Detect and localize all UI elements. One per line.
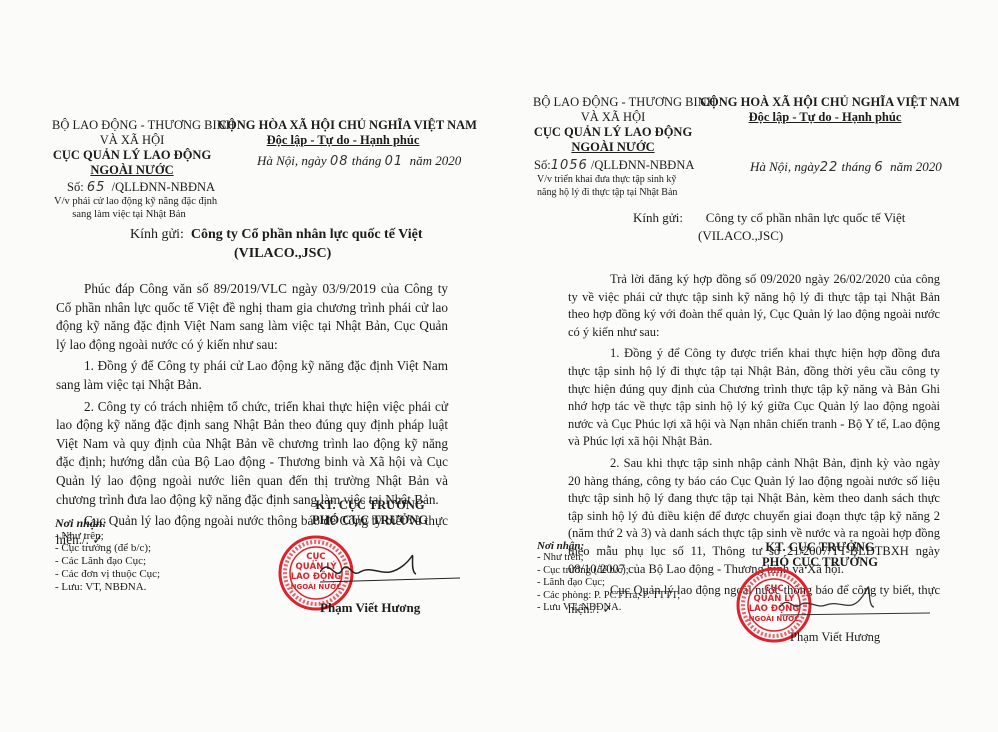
recipients-list: Nơi nhận: - Như trên; - Cục trưởng (để b… [537, 540, 680, 614]
national-header: CỘNG HÒA XÃ HỘI CHỦ NGHĨA VIỆT NAM Độc l… [218, 118, 468, 148]
signature-title-2: PHÓ CỤC TRƯỞNG [300, 513, 440, 528]
national-title: CỘNG HOÀ XÃ HỘI CHỦ NGHĨA VIỆT NAM [700, 95, 950, 110]
ministry-line-1: BỘ LAO ĐỘNG - THƯƠNG BINH [533, 95, 693, 110]
national-header: CỘNG HOÀ XÃ HỘI CHỦ NGHĨA VIỆT NAM Độc l… [700, 95, 950, 125]
handwritten-number: 1056 [551, 158, 588, 173]
recipient-label: Kính gửi: [130, 227, 184, 242]
issuing-organization: BỘ LAO ĐỘNG - THƯƠNG BINH VÀ XÃ HỘI CỤC … [52, 118, 212, 178]
national-title: CỘNG HÒA XÃ HỘI CHỦ NGHĨA VIỆT NAM [218, 118, 468, 133]
document-right: BỘ LAO ĐỘNG - THƯƠNG BINH VÀ XÃ HỘI CỤC … [500, 0, 998, 732]
document-subject: V/v phái cử lao động kỹ năng đặc định sa… [54, 195, 204, 221]
signature-title-1: KT. CỤC TRƯỞNG [300, 498, 440, 513]
ministry-line-2: VÀ XÃ HỘI [533, 110, 693, 125]
recipient-abbr: (VILACO.,JSC) [698, 228, 783, 244]
document-number: Số: 65 /QLLĐNN-NBĐNA [67, 180, 215, 195]
recipient: Kính gửi: Công ty cổ phần nhân lực quốc … [633, 210, 905, 226]
document-date: Hà Nội, ngày22 tháng 6 năm 2020 [750, 159, 942, 175]
handwritten-signature-icon [320, 552, 460, 592]
body-paragraph: 1. Đồng ý để Công ty được triển khai thự… [568, 345, 940, 451]
national-motto: Độc lập - Tự do - Hạnh phúc [749, 110, 902, 124]
document-subject: V/v triển khai đưa thực tập sinh kỹ năng… [537, 173, 687, 199]
recipients-list: Nơi nhận: - Như trên; - Cục trưởng (để b… [55, 517, 160, 593]
body-paragraph: 2. Công ty có trách nhiệm tổ chức, triển… [56, 398, 448, 510]
body-paragraph: Phúc đáp Công văn số 89/2019/VLC ngày 03… [56, 280, 448, 354]
signature-block: KT. CỤC TRƯỞNG PHÓ CỤC TRƯỞNG [750, 540, 890, 570]
signature-block: KT. CỤC TRƯỞNG PHÓ CỤC TRƯỞNG [300, 498, 440, 528]
document-date: Hà Nội, ngày 08 tháng 01 năm 2020 [257, 153, 461, 169]
department-line-2: NGOÀI NƯỚC [571, 140, 654, 154]
department-line-2: NGOÀI NƯỚC [90, 163, 173, 177]
handwritten-number: 65 [87, 180, 106, 195]
signer-name: Phạm Viết Hương [320, 600, 420, 616]
national-motto: Độc lập - Tự do - Hạnh phúc [267, 133, 420, 147]
handwritten-signature-icon [780, 585, 930, 625]
department-line-1: CỤC QUẢN LÝ LAO ĐỘNG [52, 148, 212, 163]
recipient: Kính gửi: Công ty Cổ phần nhân lực quốc … [130, 227, 423, 243]
recipients-title: Nơi nhận: [55, 517, 160, 530]
body-paragraph: 1. Đồng ý để Công ty phái cử Lao động kỹ… [56, 357, 448, 394]
issuing-organization: BỘ LAO ĐỘNG - THƯƠNG BINH VÀ XÃ HỘI CỤC … [533, 95, 693, 155]
department-line-1: CỤC QUẢN LÝ LAO ĐỘNG [533, 125, 693, 140]
recipient-name: Công ty cổ phần nhân lực quốc tế Việt [706, 210, 906, 225]
signer-name: Phạm Viết Hương [790, 630, 880, 645]
recipients-title: Nơi nhận: [537, 540, 680, 552]
signature-title-1: KT. CỤC TRƯỞNG [750, 540, 890, 555]
body-paragraph: Trả lời đăng ký hợp đồng số 09/2020 ngày… [568, 271, 940, 341]
recipient-abbr: (VILACO.,JSC) [234, 246, 331, 262]
document-left: BỘ LAO ĐỘNG - THƯƠNG BINH VÀ XÃ HỘI CỤC … [0, 0, 500, 732]
ministry-line-2: VÀ XÃ HỘI [52, 133, 212, 148]
ministry-line-1: BỘ LAO ĐỘNG - THƯƠNG BINH [52, 118, 212, 133]
recipient-name: Công ty Cổ phần nhân lực quốc tế Việt [191, 227, 423, 242]
document-number: Số:1056 /QLLĐNN-NBĐNA [534, 158, 694, 173]
recipient-label: Kính gửi: [633, 210, 683, 225]
